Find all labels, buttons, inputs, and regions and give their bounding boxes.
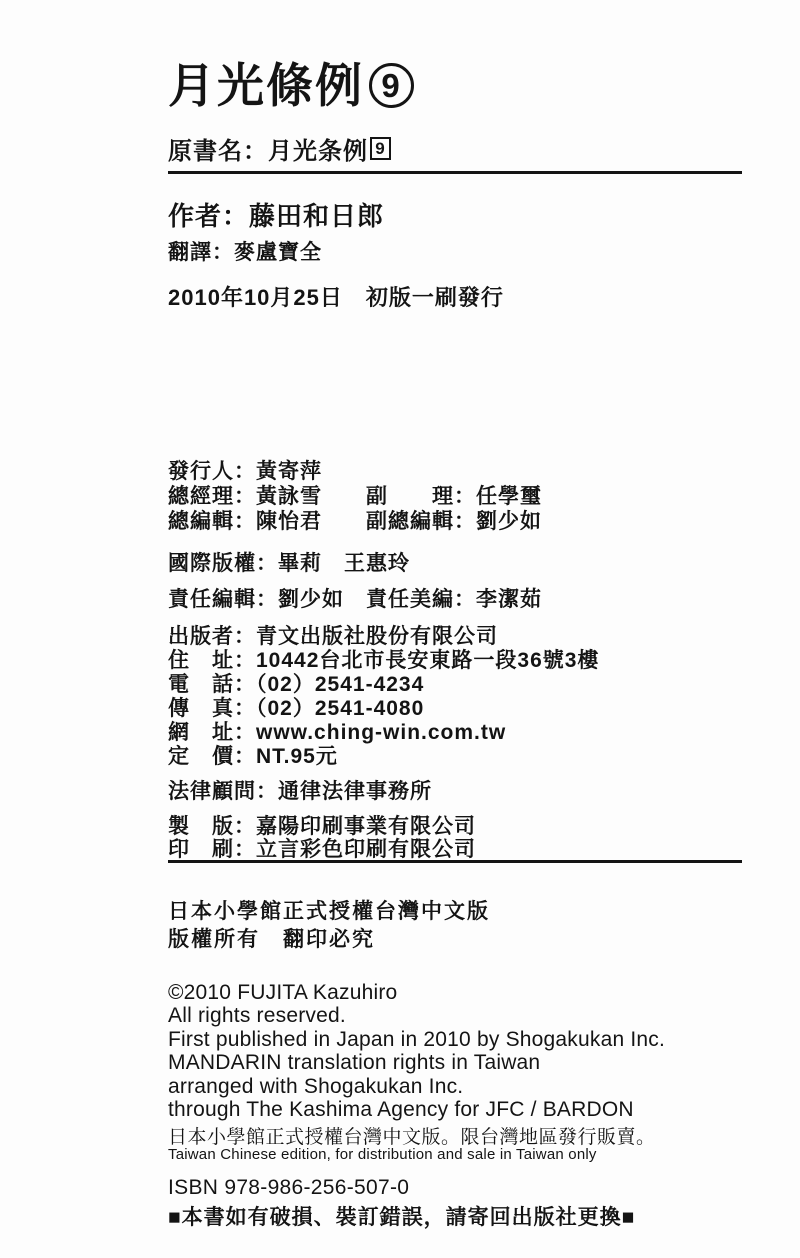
volume-circle-badge: 9	[369, 63, 414, 108]
book-title: 月光條例9	[168, 60, 414, 112]
arranged-with-line: arranged with Shogakukan Inc.	[168, 1075, 665, 1098]
license-copyright-line: 版權所有 翻印必究	[168, 925, 490, 953]
legal-advisor-line: 法律顧問：通律法律事務所	[168, 775, 432, 805]
publisher-fax-line: 傳 真：（02）2541-4080	[168, 697, 599, 721]
author-line: 作者：藤田和日郎	[168, 196, 384, 233]
original-title-text: 原書名：月光条例	[168, 131, 368, 166]
printer-line: 印 刷：立言彩色印刷有限公司	[168, 838, 476, 861]
plate-making-line: 製 版：嘉陽印刷事業有限公司	[168, 815, 476, 838]
rights-reserved-line: All rights reserved.	[168, 1004, 665, 1027]
divider-top	[168, 171, 742, 174]
printing-block: 製 版：嘉陽印刷事業有限公司 印 刷：立言彩色印刷有限公司	[168, 815, 476, 861]
publisher-phone-line: 電 話：（02）2541-4234	[168, 673, 599, 697]
issuer-line: 發行人：黃寄萍	[168, 459, 542, 484]
book-title-text: 月光條例	[168, 60, 364, 112]
agency-line: through The Kashima Agency for JFC / BAR…	[168, 1098, 665, 1121]
original-title-line: 原書名：月光条例9	[168, 131, 391, 166]
divider-bottom	[168, 860, 742, 863]
license-authorization-line: 日本小學館正式授權台灣中文版	[168, 897, 490, 925]
region-notice-zh: 日本小學館正式授權台灣中文版。限台灣地區發行販賣。	[168, 1122, 656, 1149]
translator-line: 翻譯：麥盧寶全	[168, 236, 322, 266]
general-manager-line: 總經理：黃詠雪 副 理：任學璽	[168, 484, 542, 509]
first-published-line: First published in Japan in 2010 by Shog…	[168, 1028, 665, 1051]
international-rights-line: 國際版權：畢莉 王惠玲	[168, 547, 410, 577]
chief-editor-line: 總編輯：陳怡君 副總編輯：劉少如	[168, 509, 542, 534]
region-notice-en: Taiwan Chinese edition, for distribution…	[168, 1146, 597, 1163]
publisher-address-line: 住 址：10442台北市長安東路一段36號3樓	[168, 649, 599, 673]
publisher-website-line: 網 址：www.ching-win.com.tw	[168, 721, 599, 745]
publisher-block: 出版者：青文出版社股份有限公司 住 址：10442台北市長安東路一段36號3樓 …	[168, 625, 599, 769]
responsible-editor-line: 責任編輯：劉少如 責任美編：李潔茹	[168, 583, 542, 613]
original-volume-number: 9	[375, 139, 385, 159]
volume-number: 9	[381, 68, 401, 104]
edition-date-line: 2010年10月25日 初版一刷發行	[168, 281, 504, 312]
damaged-copy-return-notice: ■本書如有破損、裝訂錯誤，請寄回出版社更換■	[168, 1201, 635, 1231]
publisher-company-line: 出版者：青文出版社股份有限公司	[168, 625, 599, 649]
staff-block: 發行人：黃寄萍 總經理：黃詠雪 副 理：任學璽 總編輯：陳怡君 副總編輯：劉少如	[168, 459, 542, 534]
original-volume-box: 9	[370, 137, 391, 160]
colophon-page: 月光條例9 原書名：月光条例9 作者：藤田和日郎 翻譯：麥盧寶全 2010年10…	[0, 0, 800, 1258]
copyright-holder-line: ©2010 FUJITA Kazuhiro	[168, 981, 665, 1004]
publisher-price-line: 定 價：NT.95元	[168, 745, 599, 769]
license-block: 日本小學館正式授權台灣中文版 版權所有 翻印必究	[168, 897, 490, 953]
isbn-line: ISBN 978-986-256-507-0	[168, 1176, 409, 1200]
translation-rights-line: MANDARIN translation rights in Taiwan	[168, 1051, 665, 1074]
english-copyright-block: ©2010 FUJITA Kazuhiro All rights reserve…	[168, 981, 665, 1121]
